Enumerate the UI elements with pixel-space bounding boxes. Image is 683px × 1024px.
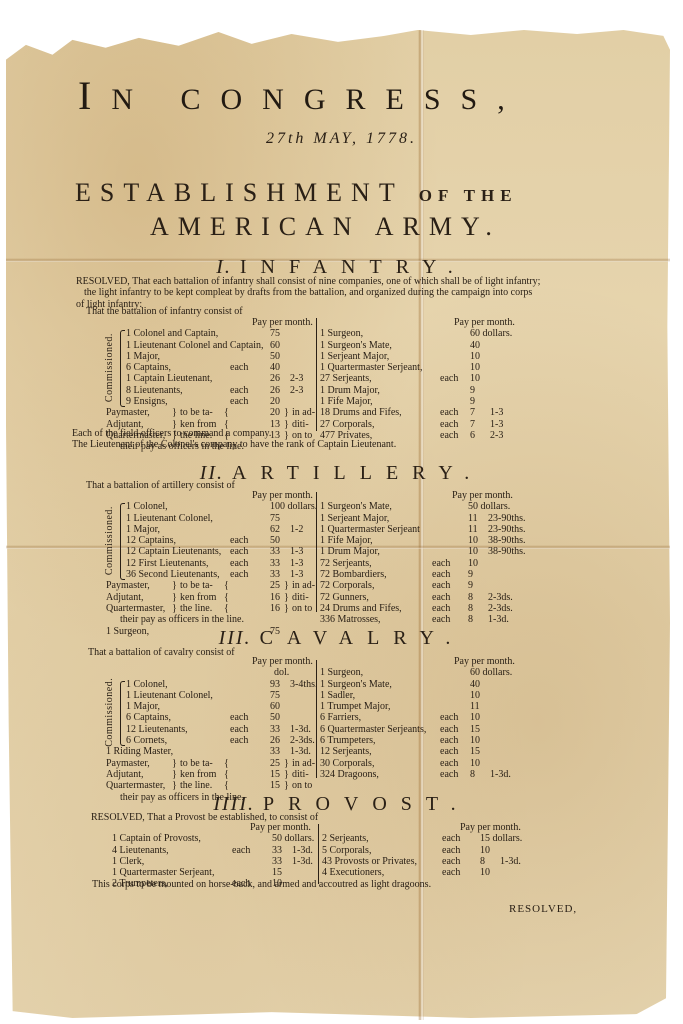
- table-row: 12 Serjeants,each15: [320, 746, 580, 757]
- pay-amount: 11: [468, 524, 478, 535]
- pay-amount: 9: [468, 569, 473, 580]
- pay-amount: 26: [270, 735, 280, 746]
- rank: 4 Lieutenants,: [112, 845, 169, 856]
- table-row: Paymaster,}to be ta-{25}in ad-: [100, 580, 315, 591]
- pay-amount: 7: [470, 407, 475, 418]
- rank: 12 Serjeants,: [320, 746, 372, 757]
- pay-amount: 8: [480, 856, 485, 867]
- each-label: each: [442, 845, 460, 856]
- each-label: each: [232, 845, 250, 856]
- table-row: 43 Provosts or Privates,each81-3d.: [322, 856, 582, 867]
- pay-amount: 50: [270, 712, 280, 723]
- table-row: 1 Colonel,933-4ths.: [100, 679, 315, 690]
- each-label: each: [230, 712, 248, 723]
- rank: 8 Lieutenants,: [126, 385, 183, 396]
- table-row: Adjutant,}ken from{16}diti-: [100, 592, 315, 603]
- pay-amount: 7: [470, 419, 475, 430]
- pay-amount: 20: [270, 407, 280, 418]
- table-row: 1 Quartermaster Serjeant1123-90ths.: [320, 524, 580, 535]
- pay-fraction: 23-90ths.: [488, 513, 526, 524]
- rank: 324 Dragoons,: [320, 769, 379, 780]
- pay-fraction: 1-3: [490, 419, 503, 430]
- rank: 6 Quartermaster Serjeants,: [320, 724, 426, 735]
- pay-fraction: 38-90ths.: [488, 535, 526, 546]
- pay-amount: 93: [270, 679, 280, 690]
- each-label: each: [432, 603, 450, 614]
- pay-fraction: 2-3: [490, 430, 503, 441]
- pay-header: Pay per month.: [252, 317, 313, 328]
- brace: }: [172, 592, 177, 603]
- table-row: 1 Fife Major,1038-90ths.: [320, 535, 580, 546]
- pay-amount: 60: [270, 701, 280, 712]
- pay-unit: dol.: [274, 667, 289, 678]
- addition-note: in ad-: [292, 407, 315, 418]
- brace: }: [284, 603, 289, 614]
- pay-amount: 62: [270, 524, 280, 535]
- rank: 30 Corporals,: [320, 758, 374, 769]
- pay-fraction: 1-3: [490, 407, 503, 418]
- table-row: their pay as officers in the line.: [100, 614, 315, 625]
- table-row: 72 Gunners,each82-3ds.: [320, 592, 580, 603]
- pay-amount: 15 dollars.: [480, 833, 522, 844]
- rank: 6 Trumpeters,: [320, 735, 376, 746]
- infantry-notes: Each of the field officers to command a …: [72, 428, 396, 451]
- pay-amount: 10: [480, 867, 490, 878]
- rank: 1 Surgeon,: [320, 328, 363, 339]
- addition-note: on to: [292, 780, 312, 791]
- provost-men-table: Pay per month.2 Serjeants,each15 dollars…: [322, 822, 582, 878]
- table-row: Pay per month.: [100, 317, 315, 328]
- each-label: each: [440, 724, 458, 735]
- infantry-resolution: RESOLVED, That each battalion of infantr…: [76, 276, 540, 310]
- pay-amount: 10: [470, 362, 480, 373]
- each-label: each: [230, 724, 248, 735]
- document-title: IN CONGRESS,: [78, 72, 525, 119]
- pay-fraction: 1-3: [290, 569, 303, 580]
- table-row: 12 Lieutenants,each331-3d.: [100, 724, 315, 735]
- table-row: 72 Serjeants,each10: [320, 558, 580, 569]
- table-row: 4 Lieutenants,each331-3d.: [112, 845, 317, 856]
- commissioned-label: Commissioned.: [104, 501, 115, 580]
- pay-amount: 60 dollars.: [470, 328, 512, 339]
- rank: 1 Fife Major,: [320, 535, 373, 546]
- rank: 1 Surgeon's Mate,: [320, 340, 392, 351]
- rank: 72 Corporals,: [320, 580, 374, 591]
- rank: 1 Drum Major,: [320, 546, 380, 557]
- table-row: 12 Captain Lieutenants,each331-3: [100, 546, 315, 557]
- brace: {: [224, 603, 229, 614]
- pay-amount: 15: [470, 724, 480, 735]
- brace: {: [224, 758, 229, 769]
- table-row: 6 Quartermaster Serjeants,each15: [320, 724, 580, 735]
- table-row: 30 Corporals,each10: [320, 758, 580, 769]
- pay-amount: 25: [270, 580, 280, 591]
- pay-amount: 10: [468, 546, 478, 557]
- rank: 72 Gunners,: [320, 592, 369, 603]
- each-label: each: [440, 419, 458, 430]
- table-row: 1 Surgeon's Mate,40: [320, 679, 580, 690]
- each-label: each: [442, 833, 460, 844]
- each-label: each: [230, 558, 248, 569]
- rank: 5 Corporals,: [322, 845, 371, 856]
- pay-amount: 33: [270, 569, 280, 580]
- pay-amount: 60 dollars.: [470, 667, 512, 678]
- establishment-heading: ESTABLISHMENT OF THE: [75, 178, 518, 208]
- column-divider: [316, 660, 317, 778]
- rank: 12 First Lieutenants,: [126, 558, 209, 569]
- brace: {: [224, 769, 229, 780]
- each-label: each: [440, 373, 458, 384]
- each-label: each: [230, 362, 248, 373]
- table-row: 6 Trumpeters,each10: [320, 735, 580, 746]
- pay-amount: 15: [470, 746, 480, 757]
- rank: 1 Colonel and Captain,: [126, 328, 218, 339]
- brace: }: [172, 407, 177, 418]
- table-row: 72 Corporals,each9: [320, 580, 580, 591]
- pay-amount: 10: [468, 535, 478, 546]
- broadside-document: IN CONGRESS, 27th MAY, 1778. ESTABLISHME…: [0, 0, 683, 1024]
- table-row: 12 Captains,each50: [100, 535, 315, 546]
- brace: }: [172, 580, 177, 591]
- rank: 12 Lieutenants,: [126, 724, 188, 735]
- pay-fraction: 2-3ds.: [290, 735, 315, 746]
- table-row: Pay per month.: [320, 490, 580, 501]
- pay-amount: 50 dollars.: [468, 501, 510, 512]
- each-label: each: [440, 758, 458, 769]
- pay-amount: 10: [468, 558, 478, 569]
- addition-note: in ad-: [292, 758, 315, 769]
- table-row: Pay per month.: [100, 490, 315, 501]
- brace: }: [284, 769, 289, 780]
- table-row: 1 Trumpet Major,11: [320, 701, 580, 712]
- each-label: each: [230, 569, 248, 580]
- pay-amount: 10: [470, 712, 480, 723]
- each-label: each: [432, 592, 450, 603]
- pay-amount: 33: [272, 845, 282, 856]
- closing-resolved: RESOLVED,: [509, 903, 577, 915]
- pay-amount: 6: [470, 430, 475, 441]
- table-row: 1 Surgeon,60 dollars.: [320, 328, 580, 339]
- pay-amount: 20: [270, 396, 280, 407]
- pay-amount: 40: [470, 679, 480, 690]
- rank: 9 Ensigns,: [126, 396, 168, 407]
- artillery-men-table: Pay per month.1 Surgeon's Mate,50 dollar…: [320, 490, 580, 626]
- table-row: 6 Farriers,each10: [320, 712, 580, 723]
- rank: 1 Trumpet Major,: [320, 701, 390, 712]
- brace: {: [224, 407, 229, 418]
- each-label: each: [230, 546, 248, 557]
- rank: 1 Riding Master,: [106, 746, 173, 757]
- table-row: Pay per month.: [322, 822, 582, 833]
- table-row: 12 First Lieutenants,each331-3: [100, 558, 315, 569]
- each-label: each: [230, 535, 248, 546]
- addition-note: diti-: [292, 592, 309, 603]
- rank: 1 Lieutenant Colonel,: [126, 513, 213, 524]
- table-row: 2 Serjeants,each15 dollars.: [322, 833, 582, 844]
- commissioned-bracket: [120, 330, 125, 407]
- rank: 1 Sadler,: [320, 690, 355, 701]
- pay-amount: 50 dollars.: [272, 833, 314, 844]
- rank: 12 Captain Lieutenants,: [126, 546, 221, 557]
- staff-rank: Paymaster,: [106, 580, 150, 591]
- table-row: 1 Drum Major,1038-90ths.: [320, 546, 580, 557]
- pay-amount: 33: [270, 724, 280, 735]
- table-row: 1 Quartermaster Serjeant,15: [112, 867, 317, 878]
- pay-amount: 16: [270, 603, 280, 614]
- column-divider: [316, 318, 317, 431]
- each-label: each: [440, 769, 458, 780]
- staff-rank: Paymaster,: [106, 407, 150, 418]
- pay-header: Pay per month.: [452, 490, 513, 501]
- pay-amount: 50: [270, 351, 280, 362]
- brace: }: [172, 780, 177, 791]
- rank: 336 Matrosses,: [320, 614, 381, 625]
- table-row: 27 Serjeants,each10: [320, 373, 580, 384]
- table-row: 1 Drum Major,9: [320, 385, 580, 396]
- table-row: Paymaster,}to be ta-{25}in ad-: [100, 758, 315, 769]
- each-label: each: [442, 867, 460, 878]
- brace: }: [172, 603, 177, 614]
- pay-amount: 100 dollars.: [270, 501, 317, 512]
- table-row: 1 Major,60: [100, 701, 315, 712]
- commissioned-label: Commissioned.: [104, 328, 115, 407]
- pay-amount: 10: [470, 351, 480, 362]
- pay-fraction: 1-3d.: [488, 614, 509, 625]
- commissioned-bracket: [120, 503, 125, 580]
- pay-fraction: 1-3d.: [292, 845, 313, 856]
- rank: 6 Captains,: [126, 362, 171, 373]
- table-row: 24 Drums and Fifes,each82-3ds.: [320, 603, 580, 614]
- rank: 72 Serjeants,: [320, 558, 372, 569]
- rank: 1 Serjeant Major,: [320, 351, 389, 362]
- each-label: each: [440, 430, 458, 441]
- pay-amount: 75: [270, 328, 280, 339]
- pay-amount: 26: [270, 373, 280, 384]
- each-label: each: [440, 712, 458, 723]
- pay-header: Pay per month.: [454, 656, 515, 667]
- brace: {: [224, 580, 229, 591]
- rank: 1 Drum Major,: [320, 385, 380, 396]
- infantry-intro: That the battalion of infantry consist o…: [86, 306, 243, 317]
- staff-tail: their pay as officers in the line.: [120, 614, 244, 625]
- brace: }: [172, 758, 177, 769]
- rank: 6 Farriers,: [320, 712, 361, 723]
- pay-amount: 11: [468, 513, 478, 524]
- staff-note: to be ta-: [180, 758, 213, 769]
- pay-amount: 75: [270, 513, 280, 524]
- infantry-staff-table: Pay per month.1 Surgeon,60 dollars.1 Sur…: [320, 317, 580, 441]
- pay-amount: 40: [470, 340, 480, 351]
- pay-amount: 16: [270, 592, 280, 603]
- pay-fraction: 3-4ths.: [290, 679, 318, 690]
- pay-fraction: 1-3: [290, 546, 303, 557]
- pay-amount: 10: [470, 690, 480, 701]
- table-row: Pay per month.: [320, 656, 580, 667]
- brace: }: [284, 758, 289, 769]
- staff-rank: Adjutant,: [106, 592, 144, 603]
- table-row: Quartermaster,}the line.{15}on to: [100, 780, 315, 791]
- pay-amount: 50: [270, 535, 280, 546]
- rank: 1 Major,: [126, 701, 160, 712]
- each-label: each: [230, 385, 248, 396]
- table-row: 1 Captain Lieutenant,262-3: [100, 373, 315, 384]
- rank: 12 Captains,: [126, 535, 176, 546]
- pay-fraction: 2-3: [290, 373, 303, 384]
- pay-fraction: 1-3d.: [292, 856, 313, 867]
- pay-header: Pay per month.: [252, 490, 313, 501]
- each-label: each: [432, 558, 450, 569]
- pay-amount: 8: [468, 592, 473, 603]
- pay-amount: 60: [270, 340, 280, 351]
- column-divider: [318, 824, 319, 884]
- pay-fraction: 38-90ths.: [488, 546, 526, 557]
- table-row: Adjutant,}ken from{15}diti-: [100, 769, 315, 780]
- rank: 1 Quartermaster Serjeant: [320, 524, 420, 535]
- brace: }: [172, 769, 177, 780]
- rank: 6 Captains,: [126, 712, 171, 723]
- rank: 1 Surgeon's Mate,: [320, 679, 392, 690]
- table-row: 1 Serjeant Major,10: [320, 351, 580, 362]
- table-row: 8 Lieutenants,each262-3: [100, 385, 315, 396]
- table-row: 1 Captain of Provosts,50 dollars.: [112, 833, 317, 844]
- pay-fraction: 1-3d.: [490, 769, 511, 780]
- addition-note: diti-: [292, 769, 309, 780]
- addition-note: in ad-: [292, 580, 315, 591]
- table-row: 1 Surgeon's Mate,50 dollars.: [320, 501, 580, 512]
- rank: 1 Colonel,: [126, 501, 168, 512]
- pay-amount: 9: [470, 385, 475, 396]
- rank: 1 Captain of Provosts,: [112, 833, 201, 844]
- table-row: 1 Serjeant Major,1123-90ths.: [320, 513, 580, 524]
- each-label: each: [230, 396, 248, 407]
- pay-fraction: 23-90ths.: [488, 524, 526, 535]
- staff-rank: Paymaster,: [106, 758, 150, 769]
- pay-fraction: 1-3: [290, 558, 303, 569]
- table-row: Pay per month.: [100, 656, 315, 667]
- cavalry-officers-table: Pay per month.dol.1 Colonel,933-4ths.1 L…: [100, 656, 315, 803]
- table-row: 1 Quartermaster Serjeant,10: [320, 362, 580, 373]
- rank: 43 Provosts or Privates,: [322, 856, 417, 867]
- table-row: 9 Ensigns,each20: [100, 396, 315, 407]
- staff-rank: Quartermaster,: [106, 603, 165, 614]
- pay-amount: 10: [480, 845, 490, 856]
- staff-note: to be ta-: [180, 580, 213, 591]
- pay-amount: 9: [470, 396, 475, 407]
- artillery-officers-table: Pay per month.1 Colonel,100 dollars.1 Li…: [100, 490, 315, 637]
- rank: 1 Colonel,: [126, 679, 168, 690]
- rank: 18 Drums and Fifes,: [320, 407, 402, 418]
- pay-fraction: 1-3d.: [290, 724, 311, 735]
- pay-amount: 8: [468, 614, 473, 625]
- staff-note: ken from: [180, 592, 216, 603]
- rank: 6 Cornets,: [126, 735, 167, 746]
- each-label: each: [442, 856, 460, 867]
- pay-amount: 9: [468, 580, 473, 591]
- column-divider: [316, 492, 317, 612]
- each-label: each: [230, 735, 248, 746]
- table-row: 6 Captains,each50: [100, 712, 315, 723]
- pay-amount: 26: [270, 385, 280, 396]
- pay-amount: 8: [470, 769, 475, 780]
- rank: 1 Fife Major,: [320, 396, 373, 407]
- pay-fraction: 2-3ds.: [488, 592, 513, 603]
- table-row: 1 Colonel and Captain,75: [100, 328, 315, 339]
- document-date: 27th MAY, 1778.: [0, 130, 683, 148]
- brace: {: [224, 592, 229, 603]
- brace: }: [284, 780, 289, 791]
- rank: 1 Quartermaster Serjeant,: [320, 362, 422, 373]
- each-label: each: [432, 580, 450, 591]
- staff-rank: Adjutant,: [106, 769, 144, 780]
- provost-note: This corps to be mounted on horse-back, …: [92, 879, 431, 890]
- table-row: 18 Drums and Fifes,each71-3: [320, 407, 580, 418]
- cavalry-men-table: Pay per month.1 Surgeon,60 dollars.1 Sur…: [320, 656, 580, 780]
- table-row: 1 Major,621-2: [100, 524, 315, 535]
- table-row: 1 Surgeon,60 dollars.: [320, 667, 580, 678]
- rank: 27 Serjeants,: [320, 373, 372, 384]
- table-row: 1 Colonel,100 dollars.: [100, 501, 315, 512]
- table-row: 1 Fife Major,9: [320, 396, 580, 407]
- pay-amount: 10: [470, 758, 480, 769]
- table-row: 1 Major,50: [100, 351, 315, 362]
- pay-amount: 33: [272, 856, 282, 867]
- rank: 1 Lieutenant Colonel and Captain,: [126, 340, 263, 351]
- brace: {: [224, 780, 229, 791]
- table-row: 1 Lieutenant Colonel and Captain,60: [100, 340, 315, 351]
- pay-fraction: 2-3: [290, 385, 303, 396]
- staff-note: the line.: [180, 603, 212, 614]
- table-row: 4 Executioners,each10: [322, 867, 582, 878]
- american-army-heading: AMERICAN ARMY.: [150, 212, 501, 242]
- staff-note: the line.: [180, 780, 212, 791]
- table-row: 324 Dragoons,each81-3d.: [320, 769, 580, 780]
- pay-fraction: 1-3d.: [290, 746, 311, 757]
- pay-amount: 75: [270, 690, 280, 701]
- addition-note: on to: [292, 603, 312, 614]
- pay-amount: 40: [270, 362, 280, 373]
- pay-amount: 10: [470, 735, 480, 746]
- brace: }: [284, 407, 289, 418]
- rank: 1 Clerk,: [112, 856, 144, 867]
- table-row: 336 Matrosses,each81-3d.: [320, 614, 580, 625]
- rank: 1 Surgeon's Mate,: [320, 501, 392, 512]
- staff-note: ken from: [180, 769, 216, 780]
- each-label: each: [432, 569, 450, 580]
- rank: 1 Lieutenant Colonel,: [126, 690, 213, 701]
- pay-fraction: 2-3ds.: [488, 603, 513, 614]
- pay-amount: 15: [270, 780, 280, 791]
- rank: 24 Drums and Fifes,: [320, 603, 402, 614]
- table-row: 1 Clerk,331-3d.: [112, 856, 317, 867]
- table-row: 36 Second Lieutenants,each331-3: [100, 569, 315, 580]
- pay-amount: 33: [270, 546, 280, 557]
- pay-header: Pay per month.: [460, 822, 521, 833]
- pay-amount: 8: [468, 603, 473, 614]
- brace: }: [284, 580, 289, 591]
- rank: 2 Serjeants,: [322, 833, 369, 844]
- pay-header: Pay per month.: [454, 317, 515, 328]
- rank: 1 Major,: [126, 351, 160, 362]
- pay-fraction: 1-2: [290, 524, 303, 535]
- rank: 1 Surgeon,: [320, 667, 363, 678]
- table-row: dol.: [100, 667, 315, 678]
- table-row: 1 Lieutenant Colonel,75: [100, 513, 315, 524]
- brace: }: [284, 592, 289, 603]
- each-label: each: [440, 735, 458, 746]
- each-label: each: [432, 614, 450, 625]
- table-row: 5 Corporals,each10: [322, 845, 582, 856]
- pay-amount: 15: [270, 769, 280, 780]
